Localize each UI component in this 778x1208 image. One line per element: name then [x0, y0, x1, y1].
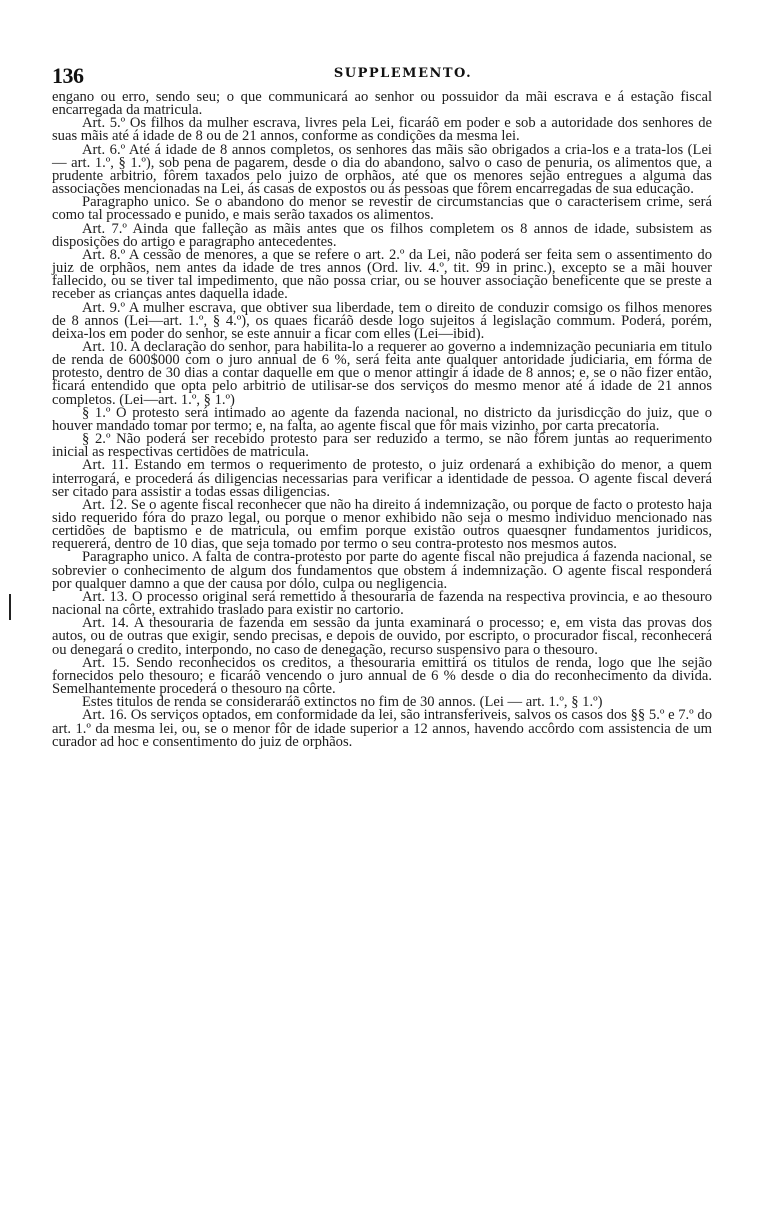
paragraph-art-14: Art. 14. A thesouraria de fazenda em ses…	[52, 617, 712, 656]
paragraph-art-15: Art. 15. Sendo reconhecidos os creditos,…	[52, 657, 712, 696]
document-page: 136 SUPPLEMENTO. engano ou erro, sendo s…	[0, 0, 778, 1208]
page-header: 136 SUPPLEMENTO.	[52, 63, 714, 87]
paragraph-art-10: Art. 10. A declaração do senhor, para ha…	[52, 341, 712, 407]
paragraph-art-12-unico: Paragrapho unico. A falta de contra-prot…	[52, 551, 712, 590]
paragraph-art-11: Art. 11. Estando em termos o requeriment…	[52, 459, 712, 498]
paragraph-art-16: Art. 16. Os serviços optados, em conform…	[52, 709, 712, 748]
body-text: engano ou erro, sendo seu; o que communi…	[52, 91, 712, 749]
paragraph-continuation: engano ou erro, sendo seu; o que communi…	[52, 91, 712, 117]
paragraph-art-7: Art. 7.º Ainda que falleção as mãis ante…	[52, 223, 712, 249]
paragraph-art-13: Art. 13. O processo original será remett…	[52, 591, 712, 617]
paragraph-art-10-s2: § 2.º Não poderá ser recebido protesto p…	[52, 433, 712, 459]
margin-mark	[9, 594, 11, 620]
paragraph-art-6-unico: Paragrapho unico. Se o abandono do menor…	[52, 196, 712, 222]
paragraph-art-5: Art. 5.º Os filhos da mulher escrava, li…	[52, 117, 712, 143]
paragraph-art-10-s1: § 1.º O protesto será intimado ao agente…	[52, 407, 712, 433]
paragraph-art-9: Art. 9.º A mulher escrava, que obtiver s…	[52, 302, 712, 341]
running-head: SUPPLEMENTO.	[52, 66, 714, 81]
paragraph-art-12: Art. 12. Se o agente fiscal reconhecer q…	[52, 499, 712, 552]
paragraph-art-6: Art. 6.º Até á idade de 8 annos completo…	[52, 144, 712, 197]
paragraph-art-8: Art. 8.º A cessão de menores, a que se r…	[52, 249, 712, 302]
